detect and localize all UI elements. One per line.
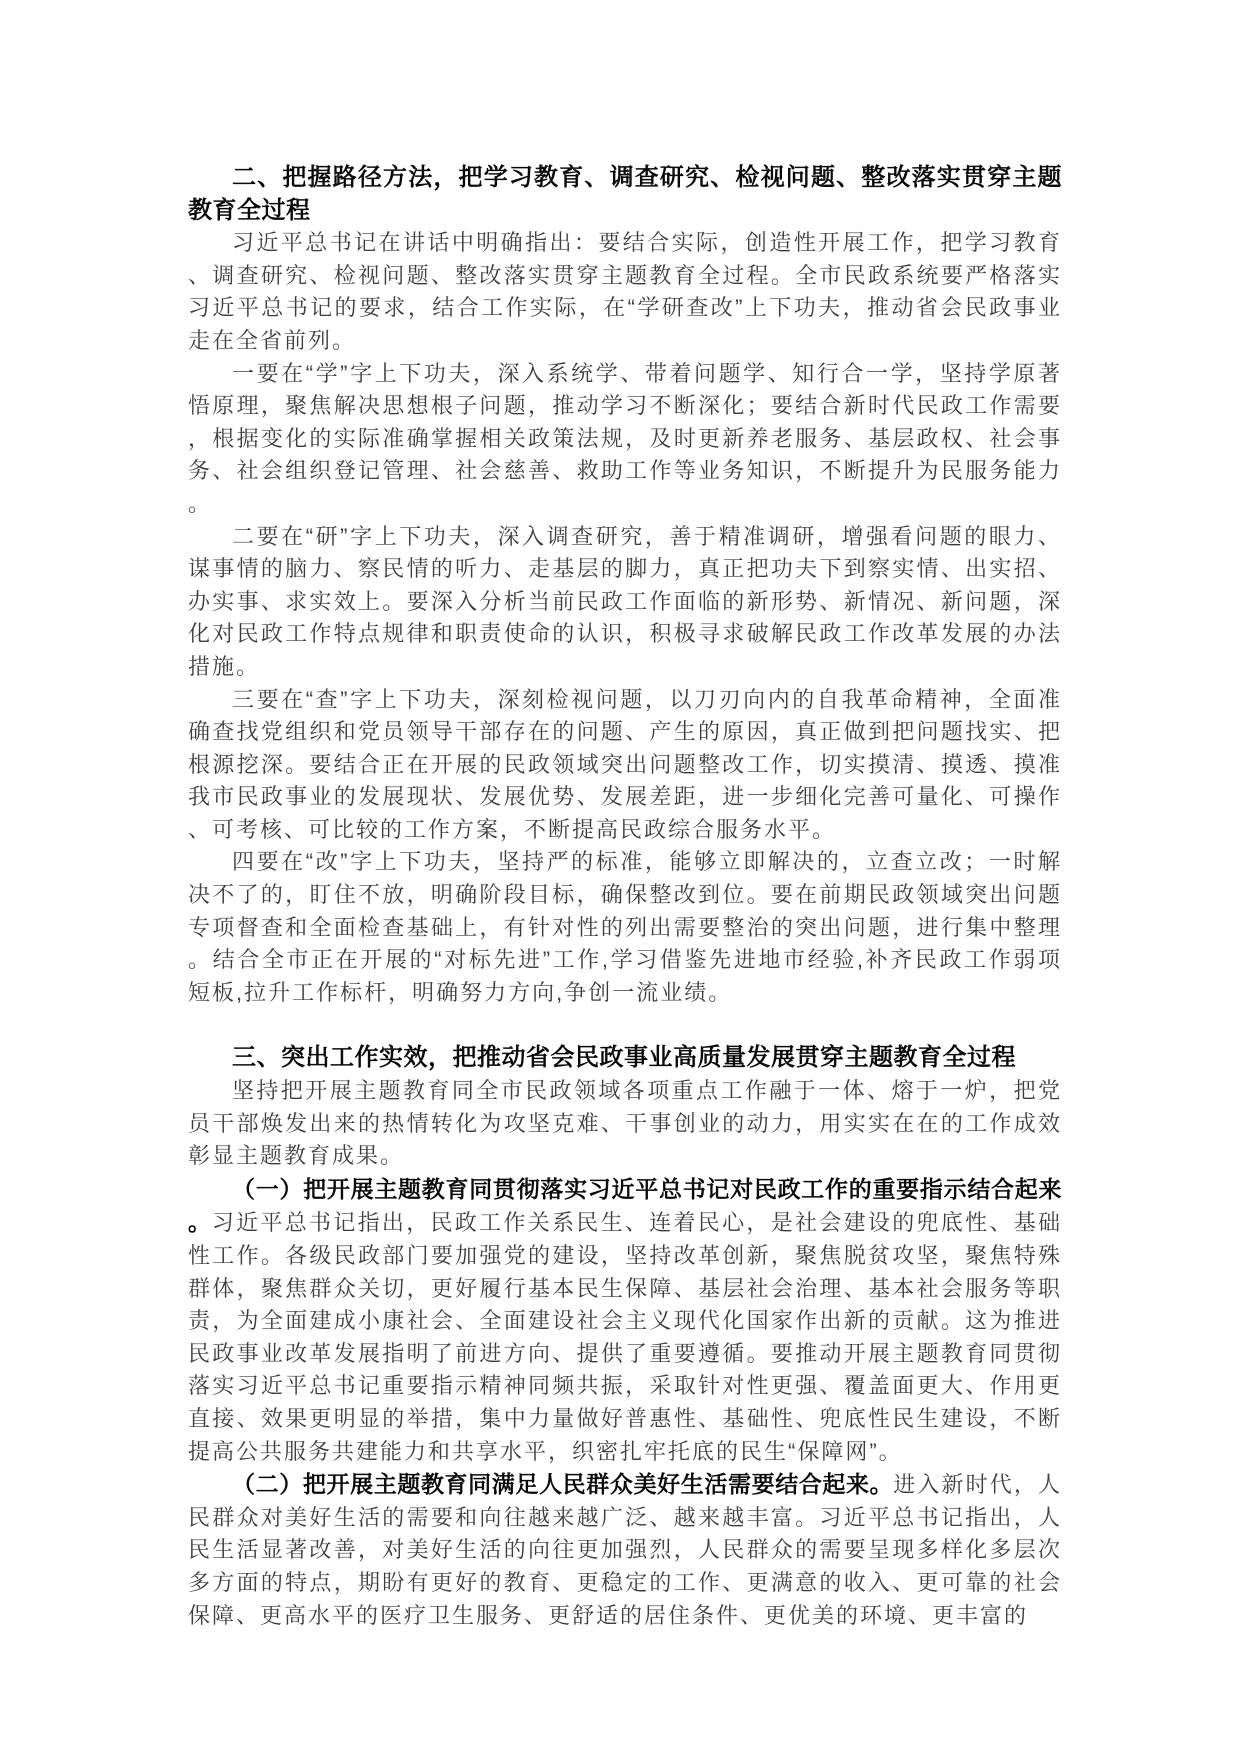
section-heading-two: 二、把握路径方法，把学习教育、调查研究、检视问题、整改落实贯穿主题教育全过程 <box>188 162 1062 227</box>
subsection-one-text: 习近平总书记指出，民政工作关系民生、连着民心，是社会建设的兜底性、基础性工作。各… <box>188 1210 1062 1463</box>
section-heading-three: 三、突出工作实效，把推动省会民政事业高质量发展贯穿主题教育全过程 <box>188 1042 1062 1075</box>
section-gap <box>188 1009 1062 1042</box>
subsection-two-lead: （二）把开展主题教育同满足人民群众美好生活需要结合起来。 <box>232 1471 893 1497</box>
paragraph-third-point-inspect: 三要在“查”字上下功夫，深刻检视问题，以刀刃向内的自我革命精神，全面准确查找党组… <box>188 684 1062 847</box>
document-content: 二、把握路径方法，把学习教育、调查研究、检视问题、整改落实贯穿主题教育全过程 习… <box>188 162 1062 1632</box>
paragraph-subsection-two: （二）把开展主题教育同满足人民群众美好生活需要结合起来。进入新时代，人民群众对美… <box>188 1468 1062 1632</box>
paragraph-intro: 习近平总书记在讲话中明确指出：要结合实际，创造性开展工作，把学习教育、调查研究、… <box>188 227 1062 357</box>
paragraph-second-point-research: 二要在“研”字上下功夫，深入调查研究，善于精准调研，增强看问题的眼力、谋事情的脑… <box>188 521 1062 684</box>
paragraph-subsection-one: （一）把开展主题教育同贯彻落实习近平总书记对民政工作的重要指示结合起来。习近平总… <box>188 1173 1062 1468</box>
paragraph-section-three-intro: 坚持把开展主题教育同全市民政领域各项重点工作融于一体、熔于一炉，把党员干部焕发出… <box>188 1075 1062 1173</box>
paragraph-fourth-point-rectify: 四要在“改”字上下功夫，坚持严的标准，能够立即解决的，立查立改；一时解决不了的，… <box>188 846 1062 1009</box>
paragraph-first-point-study: 一要在“学”字上下功夫，深入系统学、带着问题学、知行合一学，坚持学原著悟原理，聚… <box>188 358 1062 521</box>
document-page: 二、把握路径方法，把学习教育、调查研究、检视问题、整改落实贯穿主题教育全过程 习… <box>0 0 1240 1754</box>
